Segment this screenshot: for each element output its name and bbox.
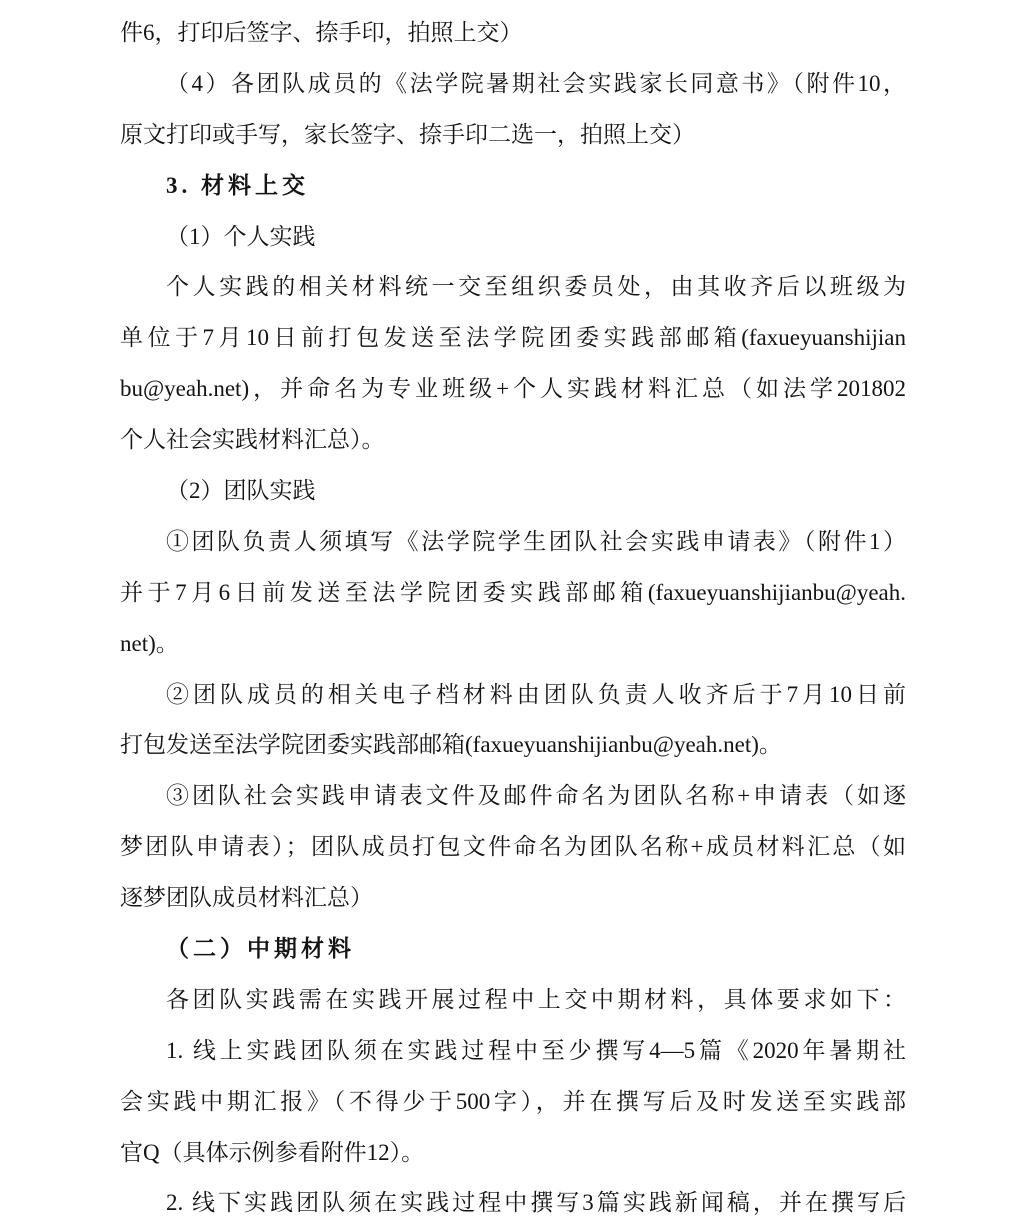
text-line: 打包发送至法学院团委实践部邮箱(faxueyuanshijianbu@yeah.… [120,720,906,771]
text-line: （4）各团队成员的《法学院暑期社会实践家长同意书》（附件10， [120,59,906,110]
heading-material-submission: 3. 材料上交 [120,161,906,212]
text-line: ②团队成员的相关电子档材料由团队负责人收齐后于7月10日前 [120,670,906,721]
text-line: bu@yeah.net)，并命名为专业班级+个人实践材料汇总（如法学201802 [120,364,906,415]
subheading-individual-practice: （1）个人实践 [120,212,906,263]
text-line: 梦团队申请表）；团队成员打包文件命名为团队名称+成员材料汇总（如 [120,822,906,873]
document-page: 件6，打印后签字、捺手印，拍照上交） （4）各团队成员的《法学院暑期社会实践家长… [0,0,1024,1222]
text-line: 并于7月6日前发送至法学院团委实践部邮箱(faxueyuanshijianbu@… [120,568,906,619]
text-line: 会实践中期汇报》（不得少于500字），并在撰写后及时发送至实践部 [120,1077,906,1128]
text-line: net)。 [120,619,906,670]
heading-midterm-materials: （二）中期材料 [120,924,906,975]
text-line: 原文打印或手写，家长签字、捺手印二选一，拍照上交） [120,110,906,161]
text-line: 官Q（具体示例参看附件12）。 [120,1128,906,1179]
text-line: 个人实践的相关材料统一交至组织委员处，由其收齐后以班级为 [120,262,906,313]
text-line: ③团队社会实践申请表文件及邮件命名为团队名称+申请表（如逐 [120,771,906,822]
subheading-team-practice: （2）团队实践 [120,466,906,517]
text-line: 1. 线上实践团队须在实践过程中至少撰写4—5篇《2020年暑期社 [120,1026,906,1077]
text-line: 2. 线下实践团队须在实践过程中撰写3篇实践新闻稿，并在撰写后 [120,1178,906,1222]
text-line: 个人社会实践材料汇总）。 [120,415,906,466]
text-line: 逐梦团队成员材料汇总） [120,873,906,924]
text-line: 各团队实践需在实践开展过程中上交中期材料，具体要求如下： [120,975,906,1026]
text-line: 件6，打印后签字、捺手印，拍照上交） [120,8,906,59]
text-line: 单位于7月10日前打包发送至法学院团委实践部邮箱(faxueyuanshijia… [120,313,906,364]
text-line: ①团队负责人须填写《法学院学生团队社会实践申请表》（附件1） [120,517,906,568]
